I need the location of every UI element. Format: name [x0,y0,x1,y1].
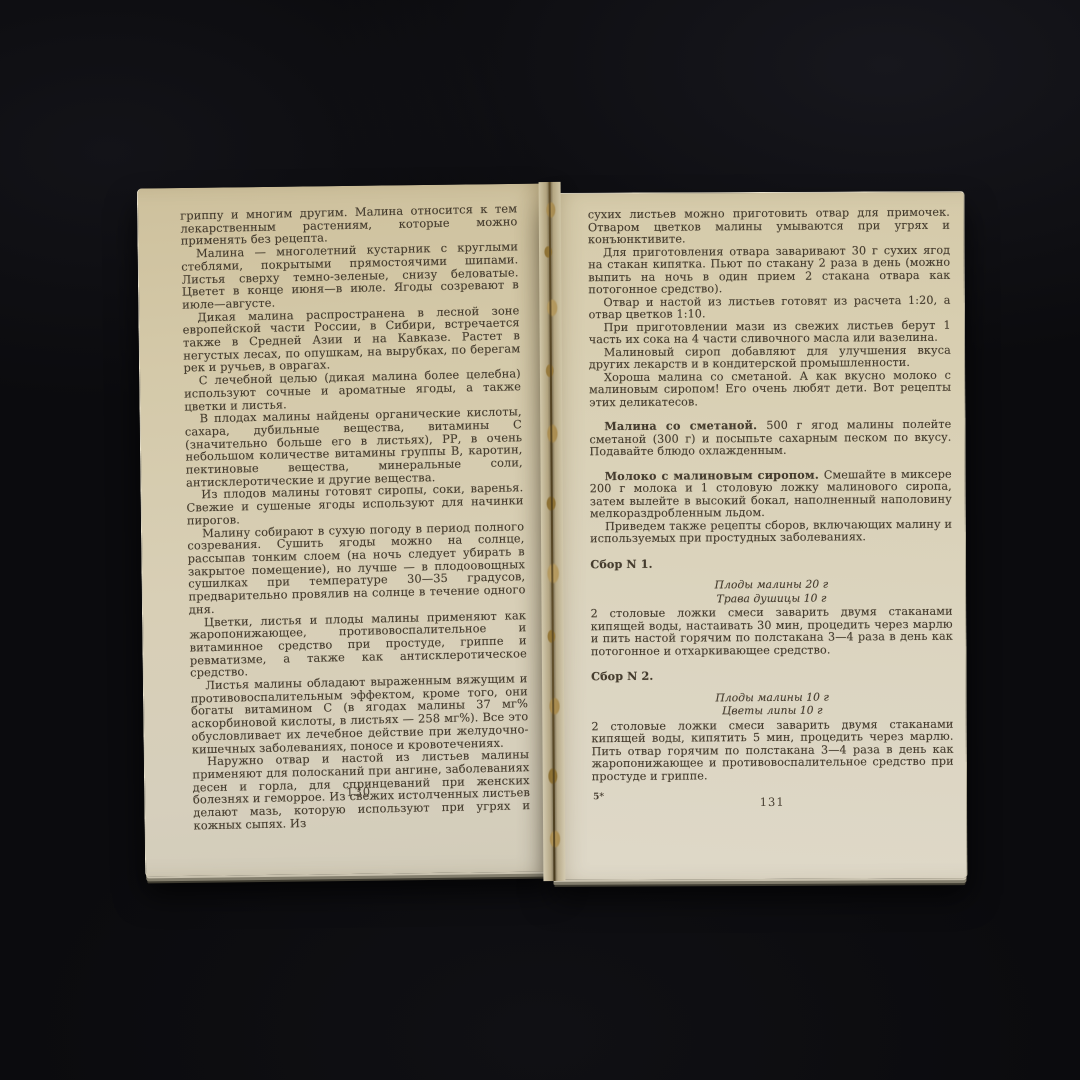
section-heading: Сбор N 2. [591,668,953,683]
recipe-title: Молоко с малиновым сиропом. [605,467,824,483]
paragraph: Для приготовления отвара заваривают 30 г… [588,244,950,297]
left-page: гриппу и многим другим. Малина относится… [137,184,555,877]
paragraph: В плодах малины найдены органические кис… [185,405,524,489]
right-page-number: 131 [760,795,785,809]
left-page-number: 130 [346,785,371,800]
paragraph: Цветки, листья и плоды малины применяют … [189,609,527,680]
paragraph: 2 столовые ложки смеси заварить двумя ст… [591,718,953,783]
photo-backdrop: { "palette":{ "backdrop":"#0b0b0e", "pap… [0,0,1080,1080]
right-page: сухих листьев можно приготовить отвар дл… [550,191,968,880]
paragraph: Приведем также рецепты сборов, включающи… [590,518,952,546]
paragraph: Малина — многолетний кустарник с круглым… [181,240,519,311]
signature-mark: 5* [593,792,604,802]
paragraph: Отвар и настой из листьев готовят из рас… [588,294,950,322]
recipe-paragraph: Молоко с малиновым сиропом. Смешайте в м… [590,467,952,521]
ingredients-block: Плоды малины 20 гТрава душицы 10 г [590,577,952,607]
recipe-paragraph: Малина со сметаной. 500 г ягод малины по… [589,418,951,459]
open-book: гриппу и многим другим. Малина относится… [0,0,1080,1080]
paragraph: Листья малины обладают выраженным вяжущи… [190,672,529,756]
paragraph: При приготовлении мази из свежих листьев… [589,319,951,347]
paragraph: сухих листьев можно приготовить отвар дл… [588,207,950,247]
paragraph: Дикая малина распространена в лесной зон… [182,304,520,375]
ingredient-line: Цветы липы 10 г [591,703,953,719]
ingredient-line: Трава душицы 10 г [591,590,953,606]
recipe-title: Малина со сметаной. [604,418,766,433]
paragraph: Хороша малина со сметаной. А как вкусно … [589,369,951,409]
left-page-text-column: гриппу и многим другим. Малина относится… [180,202,530,832]
paragraph: 2 столовые ложки смеси заварить двумя ст… [591,606,953,659]
right-page-footer: 5* 131 [591,794,953,811]
section-heading: Сбор N 1. [590,555,952,570]
right-page-text-column: сухих листьев можно приготовить отвар дл… [588,207,954,784]
ingredients-block: Плоды малины 10 гЦветы липы 10 г [591,689,953,719]
paragraph: Малину собирают в сухую погоду в период … [187,520,526,616]
paragraph: Малиновый сироп добавляют для улучшения … [589,344,951,372]
